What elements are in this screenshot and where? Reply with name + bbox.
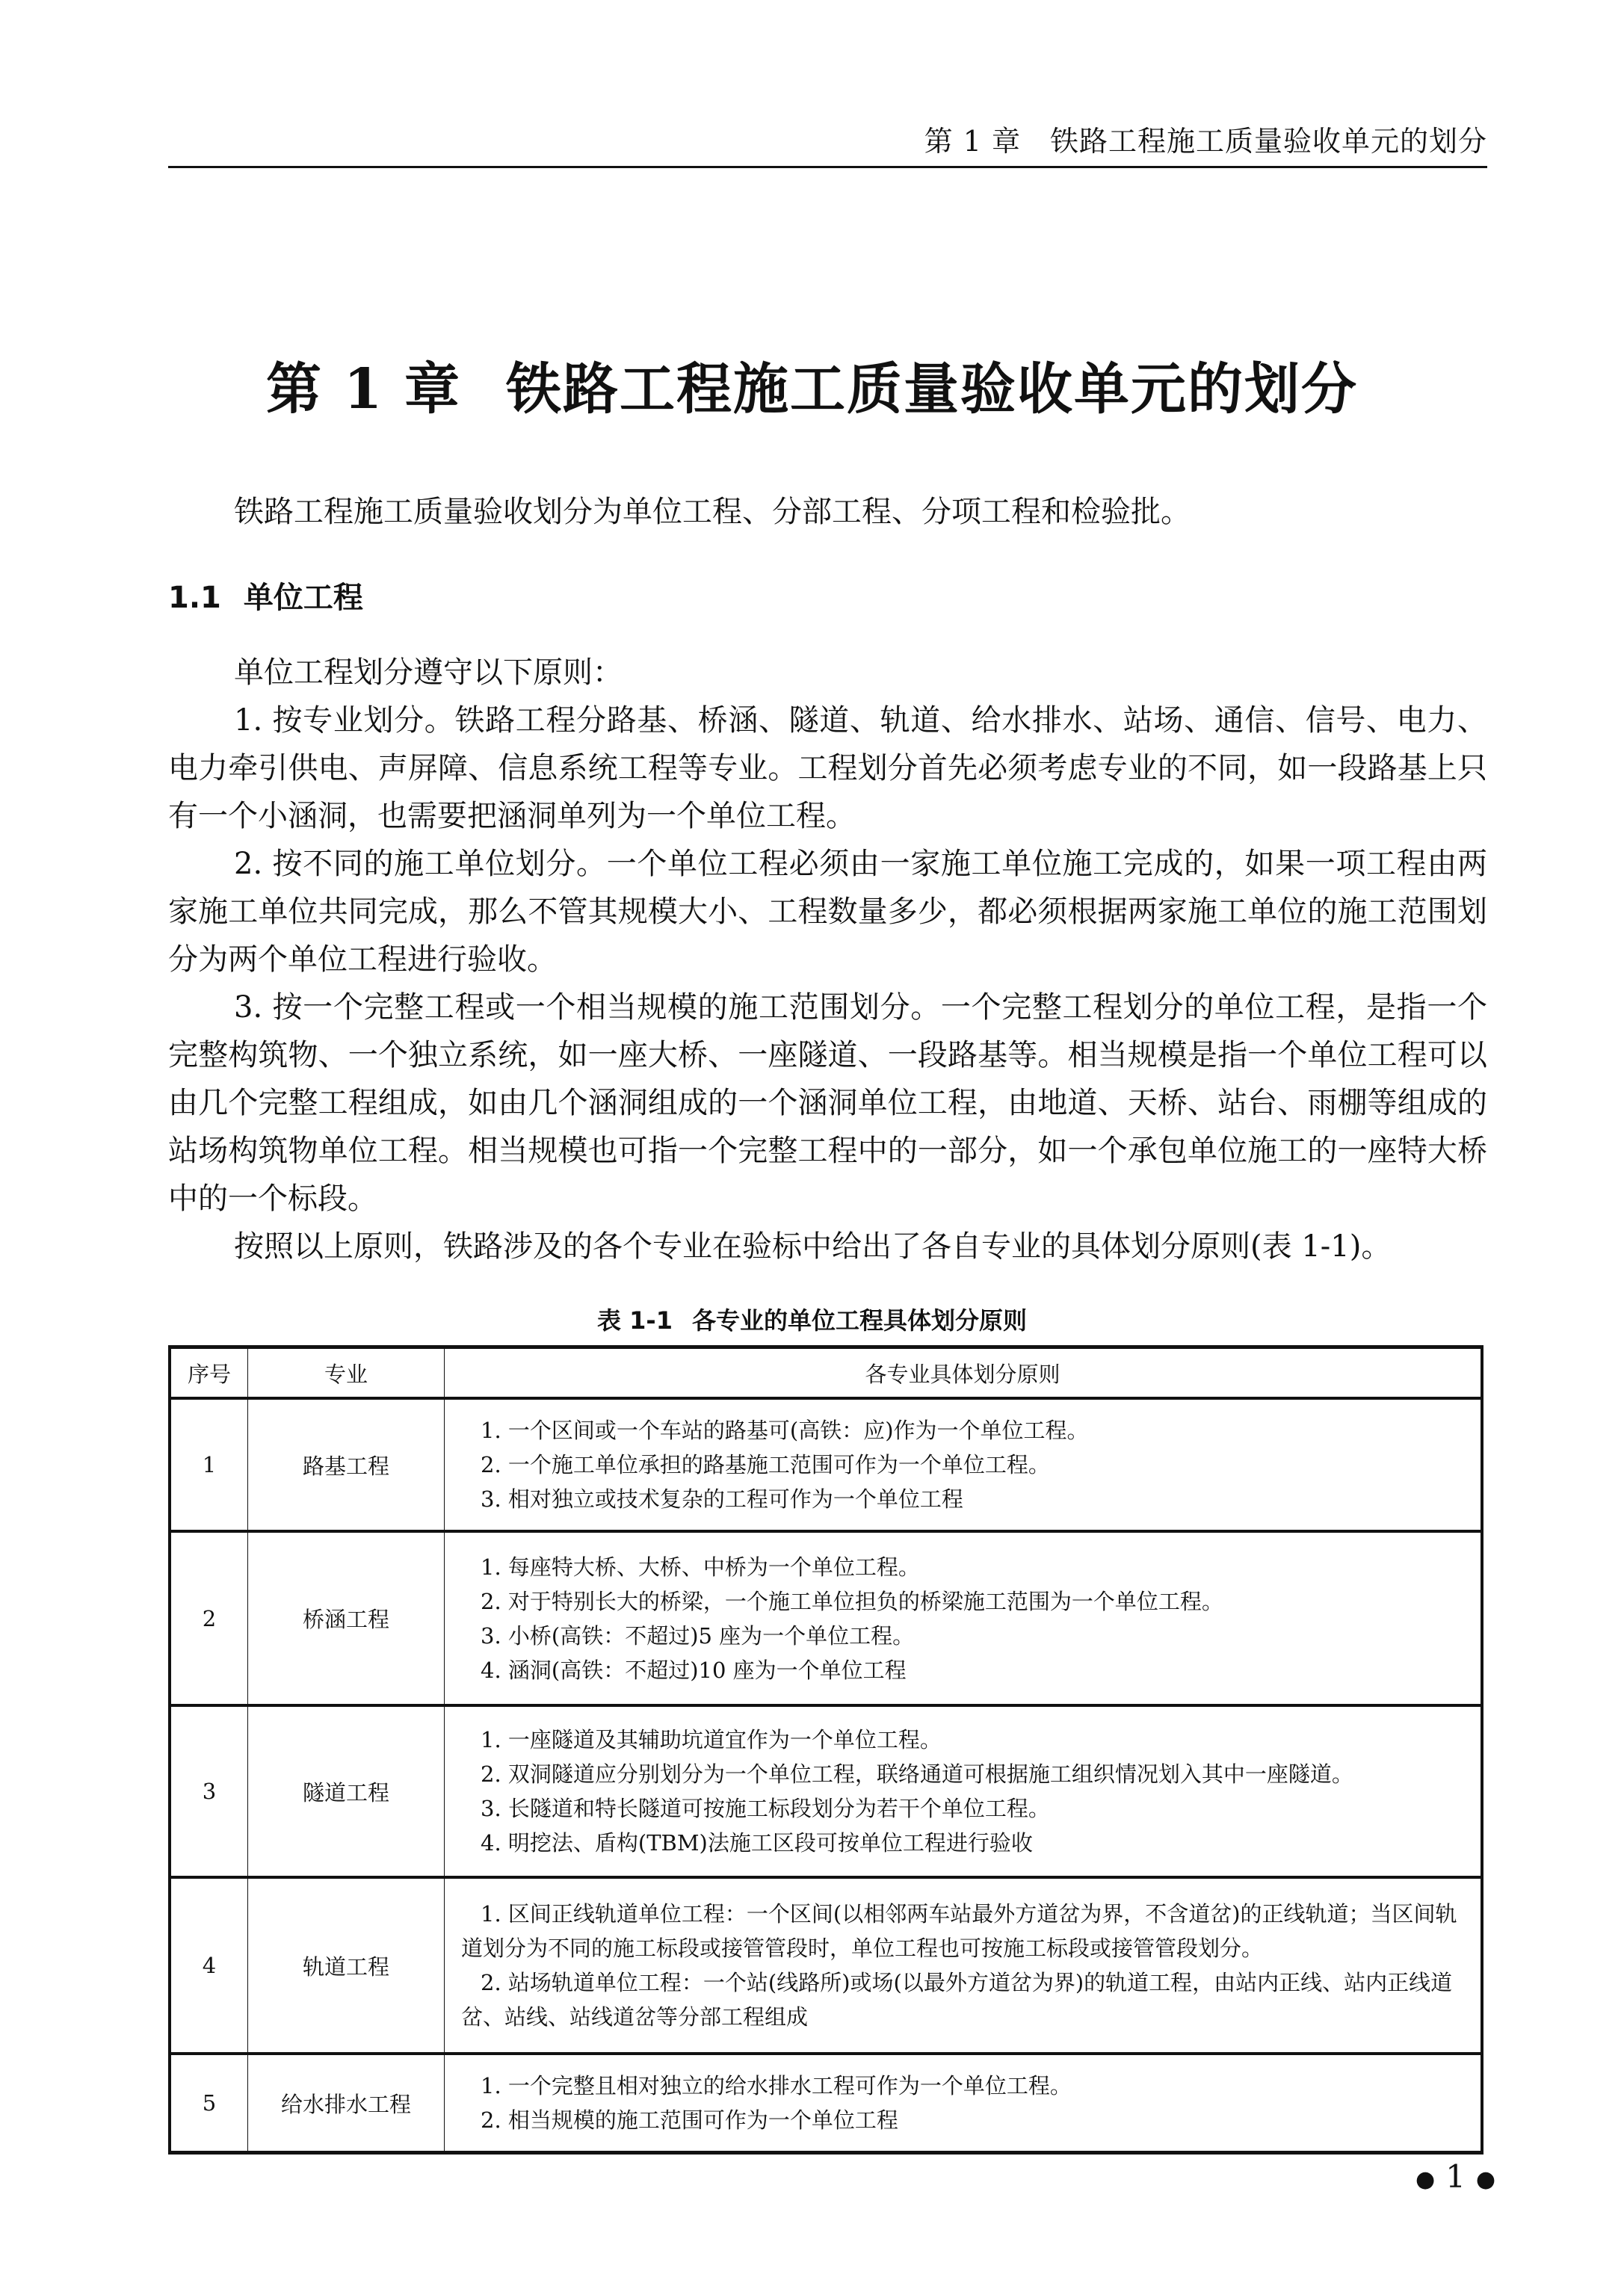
rule-item: 3. 长隧道和特长隧道可按施工标段划分为若干个单位工程。 xyxy=(481,1791,1464,1826)
body-paragraph: 2. 按不同的施工单位划分。一个单位工程必须由一家施工单位施工完成的，如果一项工… xyxy=(168,840,1487,983)
table-header-row: 序号 专业 各专业具体划分原则 xyxy=(170,1347,1482,1399)
chapter-title: 第 1 章铁路工程施工质量验收单元的划分 xyxy=(0,345,1624,424)
table-row: 5 给水排水工程 1. 一个完整且相对独立的给水排水工程可作为一个单位工程。 2… xyxy=(170,2054,1482,2153)
header-specialty: 专业 xyxy=(248,1347,445,1399)
header-rule xyxy=(168,166,1487,168)
chapter-title-text: 铁路工程施工质量验收单元的划分 xyxy=(506,357,1358,421)
row-rules: 1. 一座隧道及其辅助坑道宜作为一个单位工程。 2. 双洞隧道应分别划分为一个单… xyxy=(445,1705,1483,1877)
table-caption-number: 表 1-1 xyxy=(597,1306,673,1335)
rule-item: 1. 一个区间或一个车站的路基可(高铁：应)作为一个单位工程。 xyxy=(481,1413,1464,1448)
rule-item: 1. 区间正线轨道单位工程：一个区间(以相邻两车站最外方道岔为界，不含道岔)的正… xyxy=(461,1897,1464,1965)
rule-item: 2. 双洞隧道应分别划分为一个单位工程，联络通道可根据施工组织情况划入其中一座隧… xyxy=(481,1757,1464,1791)
bullet-dot-icon: ● xyxy=(1415,2166,1435,2193)
rule-item: 4. 涵洞(高铁：不超过)10 座为一个单位工程 xyxy=(481,1653,1464,1687)
section-title: 单位工程 xyxy=(244,581,363,615)
table-row: 3 隧道工程 1. 一座隧道及其辅助坑道宜作为一个单位工程。 2. 双洞隧道应分… xyxy=(170,1705,1482,1877)
row-rules: 1. 区间正线轨道单位工程：一个区间(以相邻两车站最外方道岔为界，不含道岔)的正… xyxy=(445,1877,1483,2054)
rule-item: 2. 一个施工单位承担的路基施工范围可作为一个单位工程。 xyxy=(481,1448,1464,1482)
row-specialty: 轨道工程 xyxy=(248,1877,445,2054)
row-specialty: 路基工程 xyxy=(248,1398,445,1531)
section-number: 1.1 xyxy=(168,581,221,615)
rule-item: 4. 明挖法、盾构(TBM)法施工区段可按单位工程进行验收 xyxy=(481,1826,1464,1860)
row-specialty: 隧道工程 xyxy=(248,1705,445,1877)
table-caption-title: 各专业的单位工程具体划分原则 xyxy=(692,1306,1027,1335)
table-caption: 表 1-1各专业的单位工程具体划分原则 xyxy=(0,1302,1624,1336)
section-heading: 1.1单位工程 xyxy=(168,574,363,617)
row-rules: 1. 每座特大桥、大桥、中桥为一个单位工程。 2. 对于特别长大的桥梁，一个施工… xyxy=(445,1531,1483,1705)
row-index: 5 xyxy=(170,2054,248,2153)
intro-paragraph: 铁路工程施工质量验收划分为单位工程、分部工程、分项工程和检验批。 xyxy=(168,488,1487,536)
row-index: 4 xyxy=(170,1877,248,2054)
page-number: ●1● xyxy=(1405,2158,1506,2195)
chapter-number: 第 1 章 xyxy=(266,357,461,421)
row-index: 1 xyxy=(170,1398,248,1531)
row-index: 3 xyxy=(170,1705,248,1877)
table-row: 1 路基工程 1. 一个区间或一个车站的路基可(高铁：应)作为一个单位工程。 2… xyxy=(170,1398,1482,1531)
bullet-dot-icon: ● xyxy=(1476,2166,1495,2193)
row-index: 2 xyxy=(170,1531,248,1705)
row-rules: 1. 一个完整且相对独立的给水排水工程可作为一个单位工程。 2. 相当规模的施工… xyxy=(445,2054,1483,2153)
table-row: 4 轨道工程 1. 区间正线轨道单位工程：一个区间(以相邻两车站最外方道岔为界，… xyxy=(170,1877,1482,2054)
row-specialty: 给水排水工程 xyxy=(248,2054,445,2153)
rule-item: 2. 对于特别长大的桥梁，一个施工单位担负的桥梁施工范围为一个单位工程。 xyxy=(481,1584,1464,1619)
body-paragraph: 单位工程划分遵守以下原则： xyxy=(168,649,1487,696)
body-paragraph: 3. 按一个完整工程或一个相当规模的施工范围划分。一个完整工程划分的单位工程，是… xyxy=(168,983,1487,1223)
rule-item: 2. 站场轨道单位工程：一个站(线路所)或场(以最外方道岔为界)的轨道工程，由站… xyxy=(461,1965,1464,2034)
running-header: 第 1 章 铁路工程施工质量验收单元的划分 xyxy=(924,118,1487,159)
rule-item: 1. 一个完整且相对独立的给水排水工程可作为一个单位工程。 xyxy=(481,2069,1464,2103)
specialty-division-table: 序号 专业 各专业具体划分原则 1 路基工程 1. 一个区间或一个车站的路基可(… xyxy=(168,1345,1483,2155)
row-specialty: 桥涵工程 xyxy=(248,1531,445,1705)
body-paragraph: 1. 按专业划分。铁路工程分路基、桥涵、隧道、轨道、给水排水、站场、通信、信号、… xyxy=(168,696,1487,840)
header-index: 序号 xyxy=(170,1347,248,1399)
rule-item: 1. 一座隧道及其辅助坑道宜作为一个单位工程。 xyxy=(481,1723,1464,1757)
page-number-value: 1 xyxy=(1445,2158,1466,2195)
header-rules: 各专业具体划分原则 xyxy=(445,1347,1483,1399)
row-rules: 1. 一个区间或一个车站的路基可(高铁：应)作为一个单位工程。 2. 一个施工单… xyxy=(445,1398,1483,1531)
rule-item: 3. 相对独立或技术复杂的工程可作为一个单位工程 xyxy=(481,1482,1464,1516)
rule-item: 1. 每座特大桥、大桥、中桥为一个单位工程。 xyxy=(481,1550,1464,1584)
rule-item: 2. 相当规模的施工范围可作为一个单位工程 xyxy=(481,2103,1464,2137)
body-paragraph: 按照以上原则，铁路涉及的各个专业在验标中给出了各自专业的具体划分原则(表 1-1… xyxy=(168,1223,1487,1270)
table-row: 2 桥涵工程 1. 每座特大桥、大桥、中桥为一个单位工程。 2. 对于特别长大的… xyxy=(170,1531,1482,1705)
rule-item: 3. 小桥(高铁：不超过)5 座为一个单位工程。 xyxy=(481,1619,1464,1653)
